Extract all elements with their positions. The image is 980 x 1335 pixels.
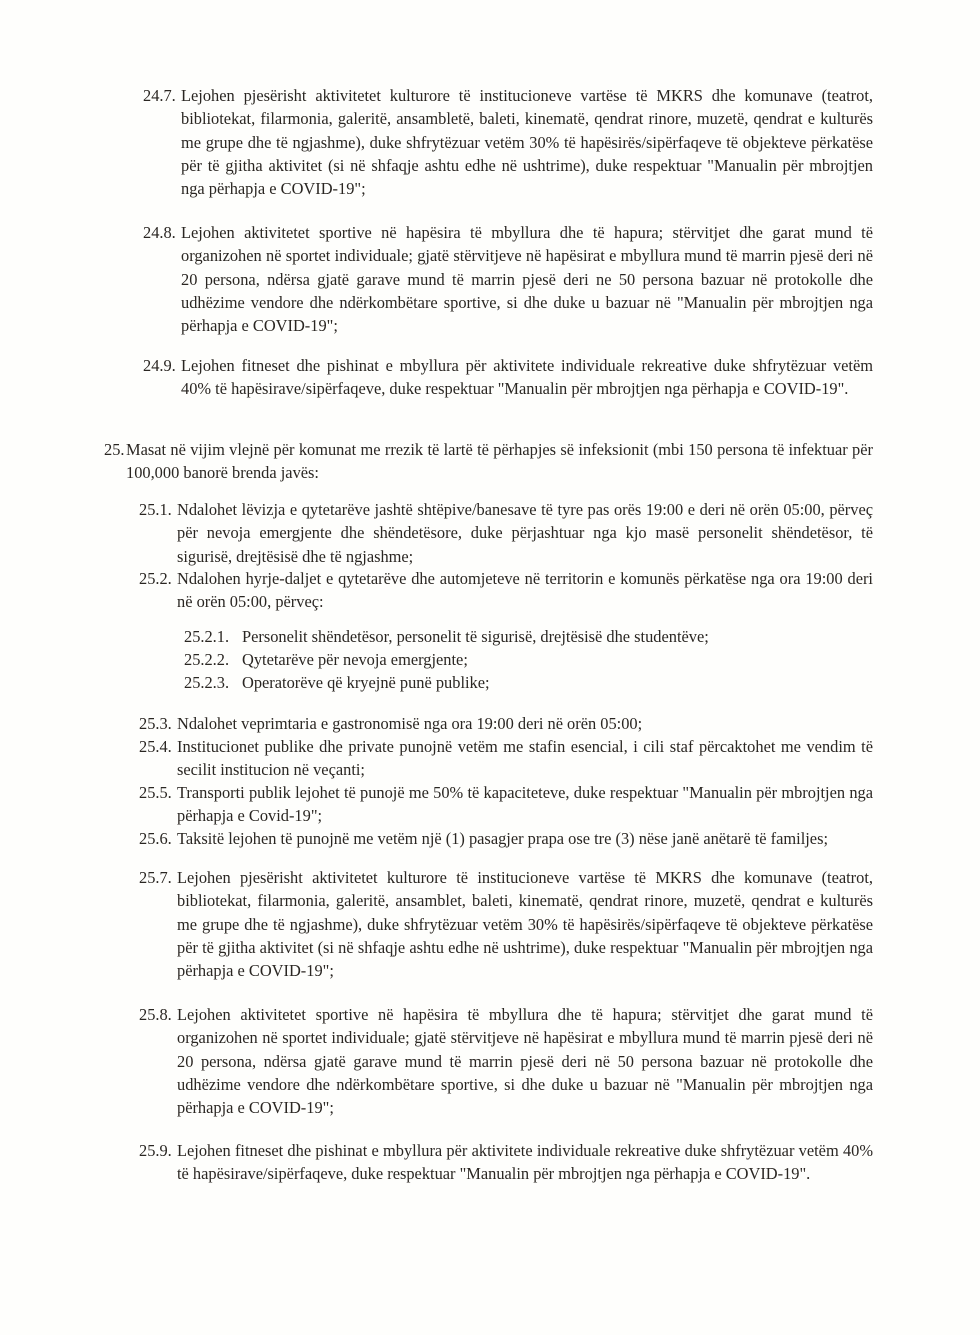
item-number: 25.1. <box>139 498 177 568</box>
list-item-25-9: 25.9. Lejohen fitneset dhe pishinat e mb… <box>139 1139 873 1186</box>
list-item-25-8: 25.8. Lejohen aktivitetet sportive në ha… <box>139 1003 873 1119</box>
item-number: 25.4. <box>139 735 177 782</box>
item-text: Ndalohet veprimtaria e gastronomisë nga … <box>177 712 642 735</box>
item-text: Ndalohet lëvizja e qytetarëve jashtë sht… <box>177 498 873 568</box>
item-number: 25.8. <box>139 1003 177 1119</box>
item-number: 24.9. <box>143 354 181 401</box>
item-number: 25.3. <box>139 712 177 735</box>
list-item-25-7: 25.7. Lejohen pjesërisht aktivitetet kul… <box>139 866 873 982</box>
list-item-24-7: 24.7. Lejohen pjesërisht aktivitetet kul… <box>143 84 873 200</box>
item-text: Lejohen fitneset dhe pishinat e mbyllura… <box>181 354 873 401</box>
item-text: Lejohen pjesërisht aktivitetet kulturore… <box>177 866 873 982</box>
item-number: 25.2.2. <box>184 648 242 671</box>
item-text: Lejohen fitneset dhe pishinat e mbyllura… <box>177 1139 873 1186</box>
item-text: Taksitë lejohen të punojnë me vetëm një … <box>177 827 828 850</box>
item-number: 25.2.3. <box>184 671 242 694</box>
item-number: 24.7. <box>143 84 181 200</box>
section-25: 25. Masat në vijim vlejnë për komunat me… <box>104 438 873 485</box>
item-text: Qytetarëve për nevoja emergjente; <box>242 648 468 671</box>
list-item-25-1: 25.1. Ndalohet lëvizja e qytetarëve jash… <box>139 498 873 568</box>
list-item-24-9: 24.9. Lejohen fitneset dhe pishinat e mb… <box>143 354 873 401</box>
section-number: 25. <box>104 438 126 485</box>
sub-item-25-2-1: 25.2.1. Personelit shëndetësor, personel… <box>184 625 873 648</box>
list-item-25-5: 25.5. Transporti publik lejohet të punoj… <box>139 781 873 828</box>
item-text: Lejohen aktivitetet sportive në hapësira… <box>177 1003 873 1119</box>
list-item-25-3: 25.3. Ndalohet veprimtaria e gastronomis… <box>139 712 873 735</box>
item-text: Lejohen aktivitetet sportive në hapësira… <box>181 221 873 337</box>
list-item-24-8: 24.8. Lejohen aktivitetet sportive në ha… <box>143 221 873 337</box>
item-text: Institucionet publike dhe private punojn… <box>177 735 873 782</box>
item-number: 25.5. <box>139 781 177 828</box>
sub-item-25-2-3: 25.2.3. Operatorëve që kryejnë punë publ… <box>184 671 873 694</box>
item-number: 24.8. <box>143 221 181 337</box>
sub-item-25-2-2: 25.2.2. Qytetarëve për nevoja emergjente… <box>184 648 873 671</box>
item-text: Ndalohen hyrje-daljet e qytetarëve dhe a… <box>177 567 873 614</box>
item-number: 25.9. <box>139 1139 177 1186</box>
item-text: Lejohen pjesërisht aktivitetet kulturore… <box>181 84 873 200</box>
item-text: Personelit shëndetësor, personelit të si… <box>242 625 709 648</box>
section-text: Masat në vijim vlejnë për komunat me rre… <box>126 438 873 485</box>
item-number: 25.7. <box>139 866 177 982</box>
list-item-25-6: 25.6. Taksitë lejohen të punojnë me vetë… <box>139 827 873 850</box>
list-item-25-2: 25.2. Ndalohen hyrje-daljet e qytetarëve… <box>139 567 873 614</box>
item-number: 25.2. <box>139 567 177 614</box>
document-page: 24.7. Lejohen pjesërisht aktivitetet kul… <box>0 0 980 1335</box>
item-text: Operatorëve që kryejnë punë publike; <box>242 671 490 694</box>
list-item-25-4: 25.4. Institucionet publike dhe private … <box>139 735 873 782</box>
item-number: 25.6. <box>139 827 177 850</box>
item-number: 25.2.1. <box>184 625 242 648</box>
item-text: Transporti publik lejohet të punojë me 5… <box>177 781 873 828</box>
